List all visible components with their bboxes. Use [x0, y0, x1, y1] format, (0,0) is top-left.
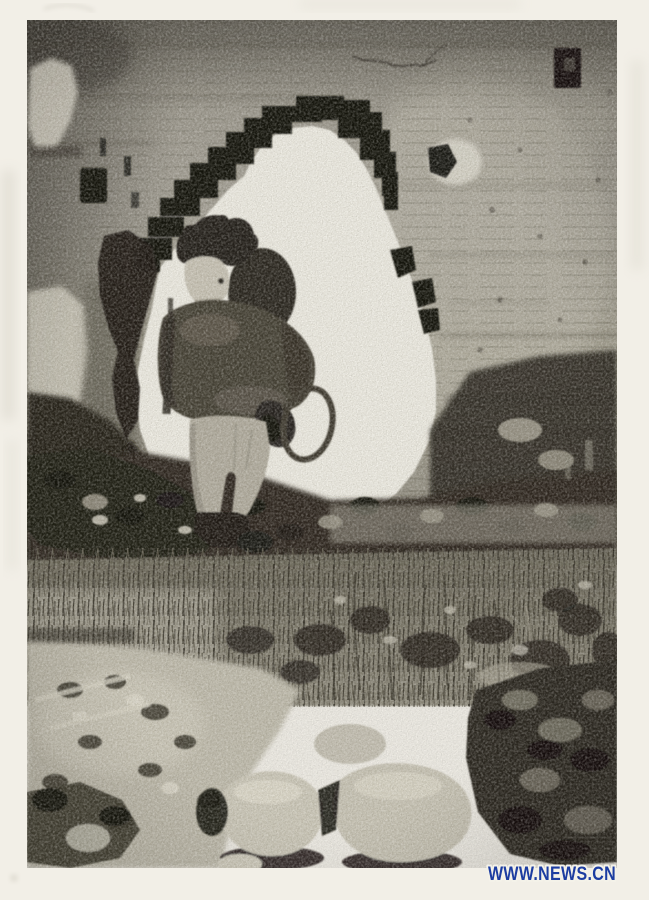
news-cn-watermark: WWW.NEWS.CN — [488, 864, 616, 885]
film-grain-overlay — [27, 20, 617, 868]
archival-photo: WWW.NEWS.CN — [0, 0, 649, 900]
photo-print — [0, 15, 624, 874]
scanned-page: WWW.NEWS.CN — [0, 0, 649, 900]
